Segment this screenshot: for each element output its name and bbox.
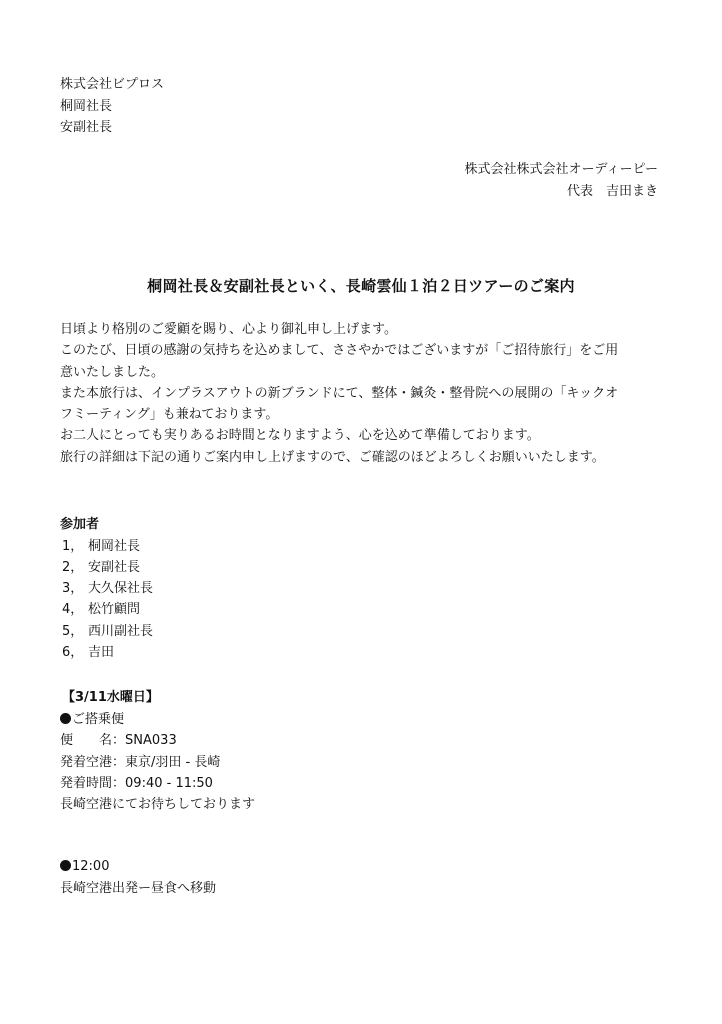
body-line: また本旅行は、インプラスアウトの新ブランドにて、整体・鍼灸・整骨院への展開の「キ… — [60, 383, 670, 404]
sender-company: 株式会社株式会社オーディーピー — [465, 159, 658, 181]
flight-info-value: 09:40 - 11:50 — [125, 776, 213, 791]
participant-item: 3，大久保社長 — [60, 578, 153, 599]
recipient-name: 安副社長 — [60, 117, 164, 139]
flight-info-separator: ： — [112, 733, 125, 748]
body-line: 意いたしました。 — [60, 362, 670, 383]
participant-item: 5，西川副社長 — [60, 621, 153, 642]
body-line: このたび、日頃の感謝の気持ちを込めまして、ささやかではございますが「ご招待旅行」… — [60, 340, 670, 361]
body-line: 日頃より格別のご愛顧を賜り、心より御礼申し上げます。 — [60, 319, 670, 340]
flight-info-value: SNA033 — [125, 733, 177, 748]
participant-name: 安副社長 — [88, 560, 140, 575]
participant-name: 吉田 — [88, 645, 114, 660]
bullet-icon — [60, 860, 71, 871]
flight-info-label: 発着時間 — [60, 773, 112, 794]
schedule-time-block: 12:00 長崎空港出発ー昼食へ移動 — [60, 856, 216, 900]
sender-representative: 代表 吉田まき — [465, 181, 658, 203]
flight-info-row: 便 名：SNA033 — [60, 730, 255, 751]
participant-name: 桐岡社長 — [88, 539, 140, 554]
participant-number: 2， — [60, 557, 88, 578]
flight-info-label: 発着空港 — [60, 752, 112, 773]
participant-name: 松竹顧問 — [88, 602, 140, 617]
flight-heading-row: ご搭乗便 — [60, 709, 255, 730]
recipient-company: 株式会社ビプロス — [60, 74, 164, 96]
participant-number: 3， — [60, 578, 88, 599]
flight-info-value: 東京/羽田 - 長崎 — [125, 755, 220, 770]
bullet-icon — [60, 713, 71, 724]
flight-heading: ご搭乗便 — [72, 712, 124, 727]
time-note: 長崎空港出発ー昼食へ移動 — [60, 878, 216, 900]
flight-note: 長崎空港にてお待ちしております — [60, 794, 255, 815]
participant-name: 西川副社長 — [88, 624, 153, 639]
participant-item: 1，桐岡社長 — [60, 536, 153, 557]
flight-info-row: 発着時間：09:40 - 11:50 — [60, 773, 255, 794]
schedule-day-section: 【3/11水曜日】 ご搭乗便 便 名：SNA033 発着空港：東京/羽田 - 長… — [60, 687, 255, 815]
participant-number: 1， — [60, 536, 88, 557]
participants-section: 参加者 1，桐岡社長 2，安副社長 3，大久保社長 4，松竹顧問 5，西川副社長… — [60, 514, 153, 663]
recipient-block: 株式会社ビプロス 桐岡社長 安副社長 — [60, 74, 164, 139]
flight-info-label: 便 名 — [60, 730, 112, 751]
schedule-date: 【3/11水曜日】 — [62, 687, 255, 709]
body-line: 旅行の詳細は下記の通りご案内申し上げますので、ご確認のほどよろしくお願いいたしま… — [60, 447, 670, 468]
document-page: 株式会社ビプロス 桐岡社長 安副社長 株式会社株式会社オーディーピー 代表 吉田… — [0, 0, 722, 1024]
flight-info-separator: ： — [112, 776, 125, 791]
participant-number: 4， — [60, 599, 88, 620]
document-title: 桐岡社長＆安副社長といく、長崎雲仙１泊２日ツアーのご案内 — [0, 275, 722, 297]
body-line: フミーティング」も兼ねております。 — [60, 404, 670, 425]
participant-number: 5， — [60, 621, 88, 642]
participant-name: 大久保社長 — [88, 581, 153, 596]
participant-number: 6， — [60, 642, 88, 663]
time-heading-row: 12:00 — [60, 856, 216, 878]
flight-info-row: 発着空港：東京/羽田 - 長崎 — [60, 752, 255, 773]
flight-info-separator: ： — [112, 755, 125, 770]
body-line: お二人にとっても実りあるお時間となりますよう、心を込めて準備しております。 — [60, 425, 670, 446]
participant-item: 2，安副社長 — [60, 557, 153, 578]
participant-item: 6，吉田 — [60, 642, 153, 663]
participants-heading: 参加者 — [60, 514, 153, 536]
sender-block: 株式会社株式会社オーディーピー 代表 吉田まき — [465, 159, 658, 203]
body-paragraph: 日頃より格別のご愛顧を賜り、心より御礼申し上げます。 このたび、日頃の感謝の気持… — [60, 319, 670, 468]
participant-item: 4，松竹顧問 — [60, 599, 153, 620]
time-heading: 12:00 — [72, 859, 109, 874]
recipient-name: 桐岡社長 — [60, 96, 164, 118]
